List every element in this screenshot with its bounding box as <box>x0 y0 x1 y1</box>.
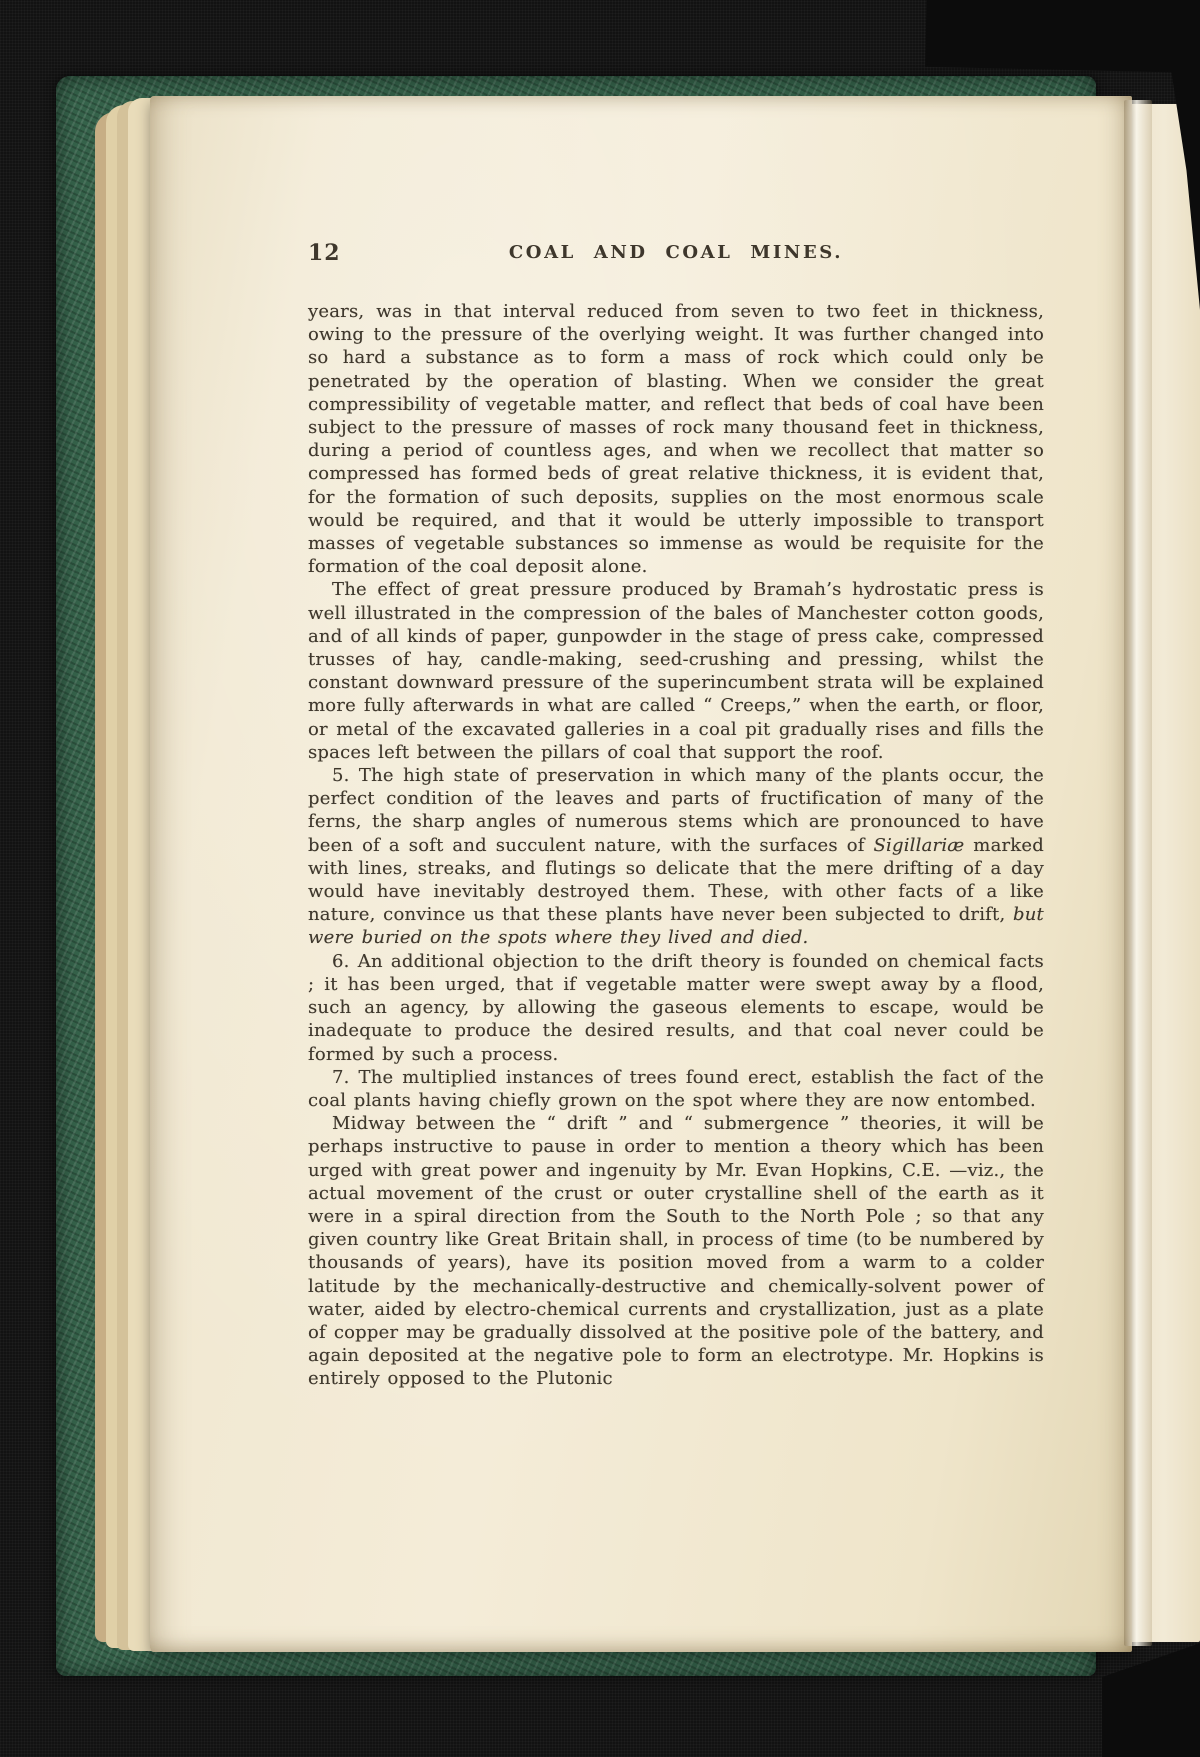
text-run: 7. The multiplied instances of trees fou… <box>308 1067 1044 1111</box>
text-run: Midway between the “ drift ” and “ subme… <box>308 1113 1044 1389</box>
paragraph: years, was in that interval reduced from… <box>308 300 1044 578</box>
book-photo-backdrop: 12 COAL AND COAL MINES. years, was in th… <box>0 0 1200 1757</box>
paragraph: 7. The multiplied instances of trees fou… <box>308 1066 1044 1112</box>
text-run: 6. An additional objection to the drift … <box>308 951 1044 1065</box>
paragraph: Midway between the “ drift ” and “ subme… <box>308 1112 1044 1390</box>
gutter-fold-crease <box>1124 100 1152 1646</box>
paragraph: 5. The high state of preservation in whi… <box>308 764 1044 950</box>
italic-text-run: Sigillariæ <box>874 835 965 856</box>
text-run: years, was in that interval reduced from… <box>308 301 1044 577</box>
page-body: years, was in that interval reduced from… <box>308 300 1044 1391</box>
cover-shadow-bottom-right <box>1102 1636 1200 1757</box>
cover-flap-top-right <box>925 0 1200 73</box>
text-run: The effect of great pressure produced by… <box>308 579 1044 762</box>
paragraph: The effect of great pressure produced by… <box>308 578 1044 764</box>
page-header: 12 COAL AND COAL MINES. <box>308 240 1044 270</box>
running-header: COAL AND COAL MINES. <box>308 242 1044 263</box>
paragraph: 6. An additional objection to the drift … <box>308 950 1044 1066</box>
